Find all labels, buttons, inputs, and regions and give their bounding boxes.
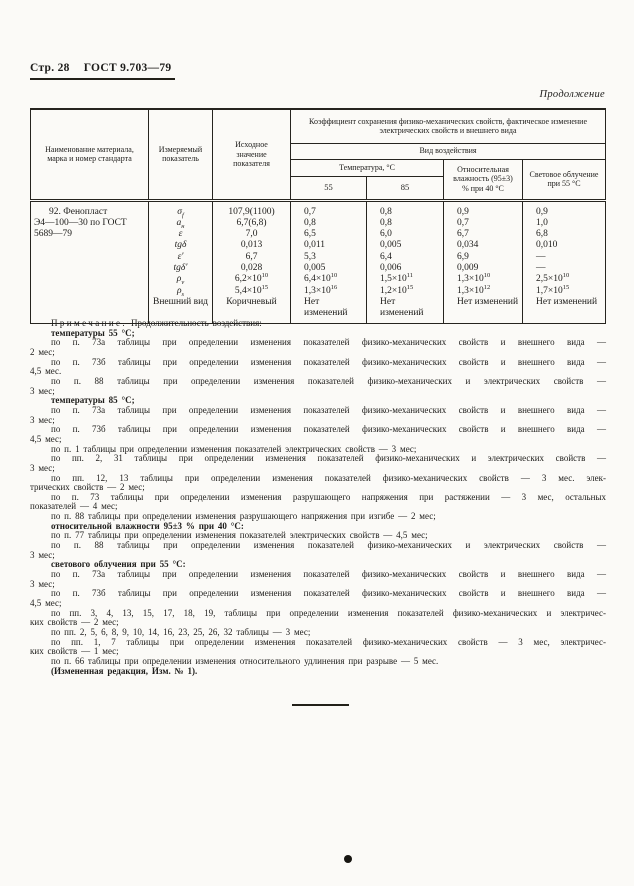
cell-line: ρs	[151, 286, 210, 297]
properties-table: Наименование материала, марка и номер ст…	[30, 108, 606, 324]
cell-line: 1,2×1015	[380, 286, 441, 297]
cell-line: 6,7	[215, 252, 288, 263]
cell-line: ε	[151, 229, 210, 240]
col-header-indicator: Измеряемый показатель	[149, 109, 213, 200]
cell-line: 0,8	[304, 218, 364, 229]
cell-line: 6,7	[457, 229, 520, 240]
cell-line: 0,011	[304, 240, 364, 251]
col-header-light: Световое облучение при 55 °С	[523, 159, 606, 200]
continuation-label: Продолжение	[539, 89, 605, 100]
cell-line: Нет изменений	[304, 297, 364, 320]
cell-line: 0,7	[457, 218, 520, 229]
col-header-initial: Исходное значение показателя	[213, 109, 291, 200]
temp-55-cell: 0,70,86,50,0115,30,0056,4×10101,3×1016Не…	[291, 200, 367, 324]
cell-line: 1,3×1012	[457, 286, 520, 297]
cell-line: 6,4	[380, 252, 441, 263]
col-header-influence: Вид воздействия	[291, 143, 606, 159]
indicator-cell: σfaнεtgδε′tgδ′ρvρsВнешний вид	[149, 200, 213, 324]
standard-number: ГОСТ 9.703—79	[84, 62, 172, 74]
cell-line: 0,8	[380, 207, 441, 218]
cell-line: 0,005	[380, 240, 441, 251]
col-header-55: 55	[291, 176, 367, 200]
page-number: Стр. 28	[30, 62, 70, 74]
note-line: по п. 73б таблицы при определении измене…	[30, 589, 606, 599]
note-line: по п. 88 таблицы при определении изменен…	[30, 541, 606, 551]
cell-line: —	[536, 263, 603, 274]
cell-line: 0,8	[380, 218, 441, 229]
cell-line: 6,9	[457, 252, 520, 263]
col-header-material: Наименование материала, марка и номер ст…	[31, 109, 149, 200]
cell-line: 0,013	[215, 240, 288, 251]
cell-line: ε′	[151, 252, 210, 263]
notes-section: Примечание. Продолжительность воздействи…	[30, 319, 606, 676]
cell-line: 1,7×1015	[536, 286, 603, 297]
cell-line: 6,7(6,8)	[215, 218, 288, 229]
cell-line: 0,9	[457, 207, 520, 218]
cell-line: 1,3×1016	[304, 286, 364, 297]
cell-line: Нет изменений	[536, 297, 603, 308]
note-line: по п. 88 таблицы при определении изменен…	[30, 377, 606, 387]
material-name-line: 92. Фенопласт	[34, 207, 146, 218]
material-name-cell: 92. ФенопластЭ4—100—30 по ГОСТ5689—79	[31, 200, 149, 324]
note-line: по п. 73а таблицы при определении измене…	[30, 338, 606, 348]
col-header-temperature: Температура, °С	[291, 159, 444, 176]
cell-line: 6,2×1010	[215, 274, 288, 285]
cell-line: 0,028	[215, 263, 288, 274]
cell-line: aн	[151, 218, 210, 229]
col-header-coefficient: Коэффициент сохранения физико-механическ…	[291, 109, 606, 143]
cell-line: ρv	[151, 274, 210, 285]
note-line: по пп. 2, 31 таблицы при определении изм…	[30, 454, 606, 464]
cell-line: σf	[151, 207, 210, 218]
material-name-line: 5689—79	[34, 229, 146, 240]
cell-line: 6,5	[304, 229, 364, 240]
note-line: по п. 73б таблицы при определении измене…	[30, 358, 606, 368]
note-line: (Измененная редакция, Изм. № 1).	[30, 667, 606, 677]
col-header-humidity: Относительная влажность (95±3) % при 40 …	[444, 159, 523, 200]
page-header: Стр. 28ГОСТ 9.703—79	[30, 62, 175, 80]
cell-line: Коричневый	[215, 297, 288, 308]
cell-line: 0,034	[457, 240, 520, 251]
cell-line: Нет изменений	[380, 297, 441, 320]
cell-line: 6,0	[380, 229, 441, 240]
cell-line: tgδ′	[151, 263, 210, 274]
cell-line: 2,5×1010	[536, 274, 603, 285]
cell-line: 0,7	[304, 207, 364, 218]
cell-line: 7,0	[215, 229, 288, 240]
cell-line: 5,4×1015	[215, 286, 288, 297]
light-cell: 0,91,06,80,010——2,5×10101,7×1015Нет изме…	[523, 200, 606, 324]
cell-line: 0,010	[536, 240, 603, 251]
note-line: по п. 73а таблицы при определении измене…	[30, 406, 606, 416]
cell-line: Нет изменений	[457, 297, 520, 308]
cell-line: 1,0	[536, 218, 603, 229]
note-line: по п. 73б таблицы при определении измене…	[30, 425, 606, 435]
cell-line: 5,3	[304, 252, 364, 263]
cell-line: 0,9	[536, 207, 603, 218]
cell-line: 107,9(1100)	[215, 207, 288, 218]
notes-label: Примечание.	[51, 318, 127, 328]
humidity-cell: 0,90,76,70,0346,90,0091,3×10101,3×1012Не…	[444, 200, 523, 324]
temp-85-cell: 0,80,86,00,0056,40,0061,5×10111,2×1015Не…	[367, 200, 444, 324]
cell-line: tgδ	[151, 240, 210, 251]
cell-line: Внешний вид	[151, 297, 210, 308]
note-line: по п. 73а таблицы при определении измене…	[30, 570, 606, 580]
col-header-85: 85	[367, 176, 444, 200]
cell-line: —	[536, 252, 603, 263]
page-marker-dot	[344, 855, 352, 863]
section-divider	[292, 704, 349, 706]
initial-value-cell: 107,9(1100)6,7(6,8)7,00,0136,70,0286,2×1…	[213, 200, 291, 324]
notes-intro: Продолжительность воздействия:	[131, 318, 262, 328]
cell-line: 6,8	[536, 229, 603, 240]
material-name-line: Э4—100—30 по ГОСТ	[34, 218, 146, 229]
